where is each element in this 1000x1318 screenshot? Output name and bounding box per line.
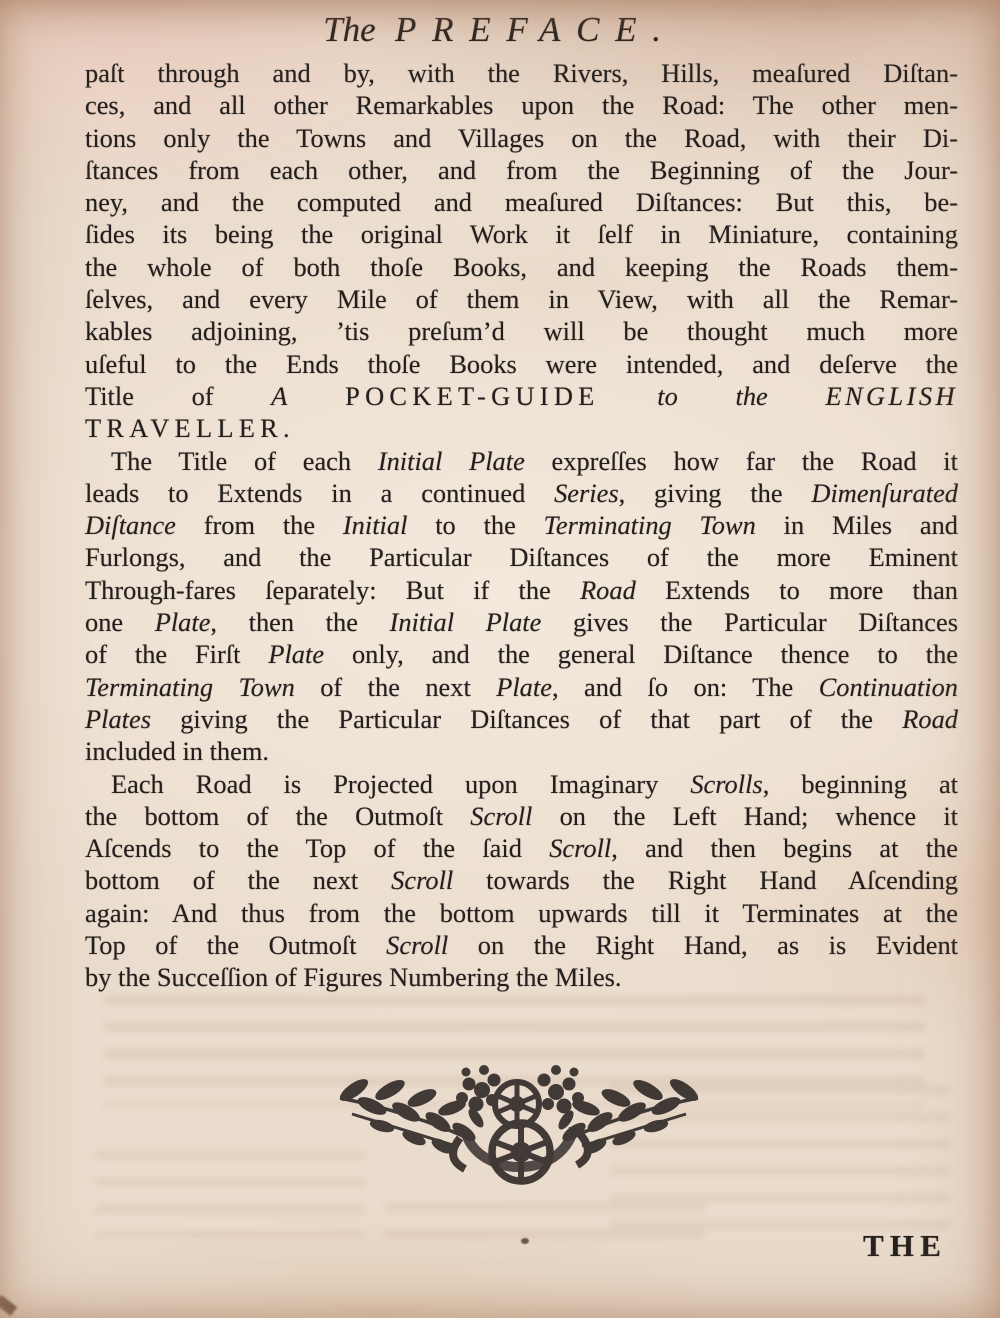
scanned-book-page: ThePREFACE. paſt through and by, with th… bbox=[0, 0, 1000, 1318]
text-line: the whole of both thoſe Books, and keepi… bbox=[85, 251, 958, 283]
body-text-segment: , and then begins at the bbox=[611, 833, 958, 863]
body-text-segment: tions only the Towns and Villages on the… bbox=[85, 123, 958, 153]
emphasized-text: Plate bbox=[155, 607, 211, 637]
text-line: Plates giving the Particular Diſtances o… bbox=[85, 703, 958, 735]
emphasized-text: Scroll bbox=[549, 833, 611, 863]
body-text-segment: Title of bbox=[85, 381, 271, 411]
text-line: Through-fares ſeparately: But if the Roa… bbox=[85, 574, 958, 606]
body-text-segment: bottom of the next bbox=[85, 865, 391, 895]
body-text-segment: Top of the Outmoſt bbox=[85, 930, 386, 960]
emphasized-text: Terminating Town bbox=[544, 510, 756, 540]
emphasized-text: Initial Plate bbox=[378, 446, 525, 476]
body-text-segment: the whole of both thoſe Books, and keepi… bbox=[85, 252, 958, 282]
body-text-segment bbox=[600, 381, 658, 411]
body-text-segment: expreſſes how far the Road it bbox=[525, 446, 958, 476]
text-line: Title of A POCKET-GUIDE to the ENGLISH bbox=[85, 380, 958, 412]
show-through-smudge bbox=[385, 1202, 705, 1240]
paragraph: The Title of each Initial Plate expreſſe… bbox=[85, 445, 958, 768]
text-line: tions only the Towns and Villages on the… bbox=[85, 122, 958, 154]
body-text-segment: , and ſo on: The bbox=[552, 672, 819, 702]
text-line: the bottom of the Outmoſt Scroll on the … bbox=[85, 800, 958, 832]
emphasized-text: Scroll bbox=[391, 865, 453, 895]
body-text-segment: leads to Extends in a continued bbox=[85, 478, 554, 508]
emphasized-text: Dimenſurated bbox=[811, 478, 958, 508]
upper-wheel bbox=[495, 1082, 539, 1126]
emphasized-text: Diſtance bbox=[85, 510, 176, 540]
emphasized-text: Plates bbox=[85, 704, 151, 734]
body-text-segment: on the Left Hand; whence it bbox=[532, 801, 958, 831]
emphasized-text: Scroll bbox=[386, 930, 448, 960]
title-word: PREFACE. bbox=[395, 10, 677, 49]
paragraph: Each Road is Projected upon Imaginary Sc… bbox=[85, 768, 958, 994]
emphasized-text: Scroll bbox=[470, 801, 532, 831]
emphasized-text: Scrolls bbox=[690, 769, 762, 799]
body-text-segment: The Title of each bbox=[111, 446, 378, 476]
text-line: The Title of each Initial Plate expreſſe… bbox=[85, 445, 958, 477]
text-line: kables adjoining, ’tis preſum’d will be … bbox=[85, 315, 958, 347]
paragraph: paſt through and by, with the Rivers, Hi… bbox=[85, 57, 958, 445]
text-line: ſelves, and every Mile of them in View, … bbox=[85, 283, 958, 315]
text-line: bottom of the next Scroll towards the Ri… bbox=[85, 864, 958, 896]
body-text-segment: , giving the bbox=[619, 478, 812, 508]
body-text-segment: ces, and all other Remarkables upon the … bbox=[85, 90, 958, 120]
body-text-segment: gives the Particular Diſtances bbox=[541, 607, 958, 637]
body-text-segment: on the Right Hand, as is Evident bbox=[448, 930, 958, 960]
text-line: Aſcends to the Top of the ſaid Scroll, a… bbox=[85, 832, 958, 864]
body-text-segment: Each Road is Projected upon Imaginary bbox=[111, 769, 690, 799]
text-line: leads to Extends in a continued Series, … bbox=[85, 477, 958, 509]
text-line: ſides its being the original Work it ſel… bbox=[85, 218, 958, 250]
text-line: one Plate, then the Initial Plate gives … bbox=[85, 606, 958, 638]
emphasized-text: ENGLISH bbox=[825, 381, 958, 411]
text-line: Top of the Outmoſt Scroll on the Right H… bbox=[85, 929, 958, 961]
flower-cluster-left bbox=[456, 1065, 501, 1130]
text-line: TRAVELLER. bbox=[85, 412, 958, 444]
text-line: Furlongs, and the Particular Diſtances o… bbox=[85, 541, 958, 573]
body-text-segment: , beginning at bbox=[763, 769, 958, 799]
emphasized-text: Initial bbox=[343, 510, 408, 540]
body-text-segment bbox=[287, 381, 345, 411]
emphasized-text: Series bbox=[554, 478, 619, 508]
body-text-segment: again: And thus from the bottom upwards … bbox=[85, 898, 958, 928]
body-text-segment bbox=[768, 381, 826, 411]
emphasized-text: A bbox=[271, 381, 287, 411]
body-text-segment: from the bbox=[176, 510, 343, 540]
body-text-segment: towards the Right Hand Aſcending bbox=[453, 865, 958, 895]
text-line: ney, and the computed and meaſured Diſta… bbox=[85, 186, 958, 218]
body-text-segment: ſelves, and every Mile of them in View, … bbox=[85, 284, 958, 314]
body-text-segment: to the bbox=[407, 510, 543, 540]
body-text-segment: Aſcends to the Top of the ſaid bbox=[85, 833, 549, 863]
body-text-segment: ney, and the computed and meaſured Diſta… bbox=[85, 187, 958, 217]
page-edge-mark bbox=[0, 1295, 17, 1316]
emphasized-text: Road bbox=[580, 575, 636, 605]
text-line: ſtances from each other, and from the Be… bbox=[85, 154, 958, 186]
preface-body: paſt through and by, with the Rivers, Hi… bbox=[85, 57, 958, 994]
text-line: Terminating Town of the next Plate, and … bbox=[85, 671, 958, 703]
emphasized-text: TRAVELLER. bbox=[85, 413, 295, 443]
body-text-segment: ſides its being the original Work it ſel… bbox=[85, 219, 958, 249]
body-text-segment: included in them. bbox=[85, 736, 269, 766]
body-text-segment: Through-fares ſeparately: But if the bbox=[85, 575, 580, 605]
body-text-segment: in Miles and bbox=[756, 510, 958, 540]
body-text-segment: by the Succeſſion of Figures Numbering t… bbox=[85, 962, 622, 992]
body-text-segment: paſt through and by, with the Rivers, Hi… bbox=[85, 58, 958, 88]
catchword: THE bbox=[863, 1228, 947, 1264]
body-text-segment: Furlongs, and the Particular Diſtances o… bbox=[85, 542, 958, 572]
text-line: uſeful to the Ends thoſe Books were inte… bbox=[85, 348, 958, 380]
body-text-segment: of the next bbox=[295, 672, 496, 702]
lower-wheel bbox=[492, 1123, 550, 1181]
body-text-segment: one bbox=[85, 607, 155, 637]
show-through-smudge bbox=[95, 1150, 365, 1238]
text-line: ces, and all other Remarkables upon the … bbox=[85, 89, 958, 121]
title-lead: The bbox=[323, 10, 376, 49]
emphasized-text: Terminating Town bbox=[85, 672, 295, 702]
emphasized-text: Continuation bbox=[819, 672, 958, 702]
body-text-segment: giving the Particular Diſtances of that … bbox=[151, 704, 902, 734]
body-text-segment: , then the bbox=[210, 607, 389, 637]
floral-wheel-ornament-icon bbox=[336, 1056, 702, 1190]
text-line: Each Road is Projected upon Imaginary Sc… bbox=[85, 768, 958, 800]
body-text-segment: of the Firſt bbox=[85, 639, 268, 669]
text-line: by the Succeſſion of Figures Numbering t… bbox=[85, 961, 958, 993]
emphasized-text: Road bbox=[902, 704, 958, 734]
emphasized-text: Plate bbox=[268, 639, 324, 669]
body-text-segment: uſeful to the Ends thoſe Books were inte… bbox=[85, 349, 958, 379]
emphasized-text: POCKET-GUIDE bbox=[345, 381, 599, 411]
laurel-spray-right bbox=[560, 1076, 700, 1156]
text-line: again: And thus from the bottom upwards … bbox=[85, 897, 958, 929]
body-text-segment: kables adjoining, ’tis preſum’d will be … bbox=[85, 316, 958, 346]
page-title: ThePREFACE. bbox=[0, 10, 1000, 50]
body-text-segment: the bottom of the Outmoſt bbox=[85, 801, 470, 831]
body-text-segment: Extends to more than bbox=[636, 575, 958, 605]
text-line: paſt through and by, with the Rivers, Hi… bbox=[85, 57, 958, 89]
body-text-segment: ſtances from each other, and from the Be… bbox=[85, 155, 958, 185]
text-line: of the Firſt Plate only, and the general… bbox=[85, 638, 958, 670]
emphasized-text: to the bbox=[657, 381, 767, 411]
body-text-segment: only, and the general Diſtance thence to… bbox=[324, 639, 958, 669]
text-line: included in them. bbox=[85, 735, 958, 767]
emphasized-text: Initial Plate bbox=[390, 607, 542, 637]
emphasized-text: Plate bbox=[496, 672, 552, 702]
text-line: Diſtance from the Initial to the Termina… bbox=[85, 509, 958, 541]
ink-speck bbox=[521, 1238, 529, 1244]
flower-cluster-right bbox=[538, 1065, 585, 1132]
